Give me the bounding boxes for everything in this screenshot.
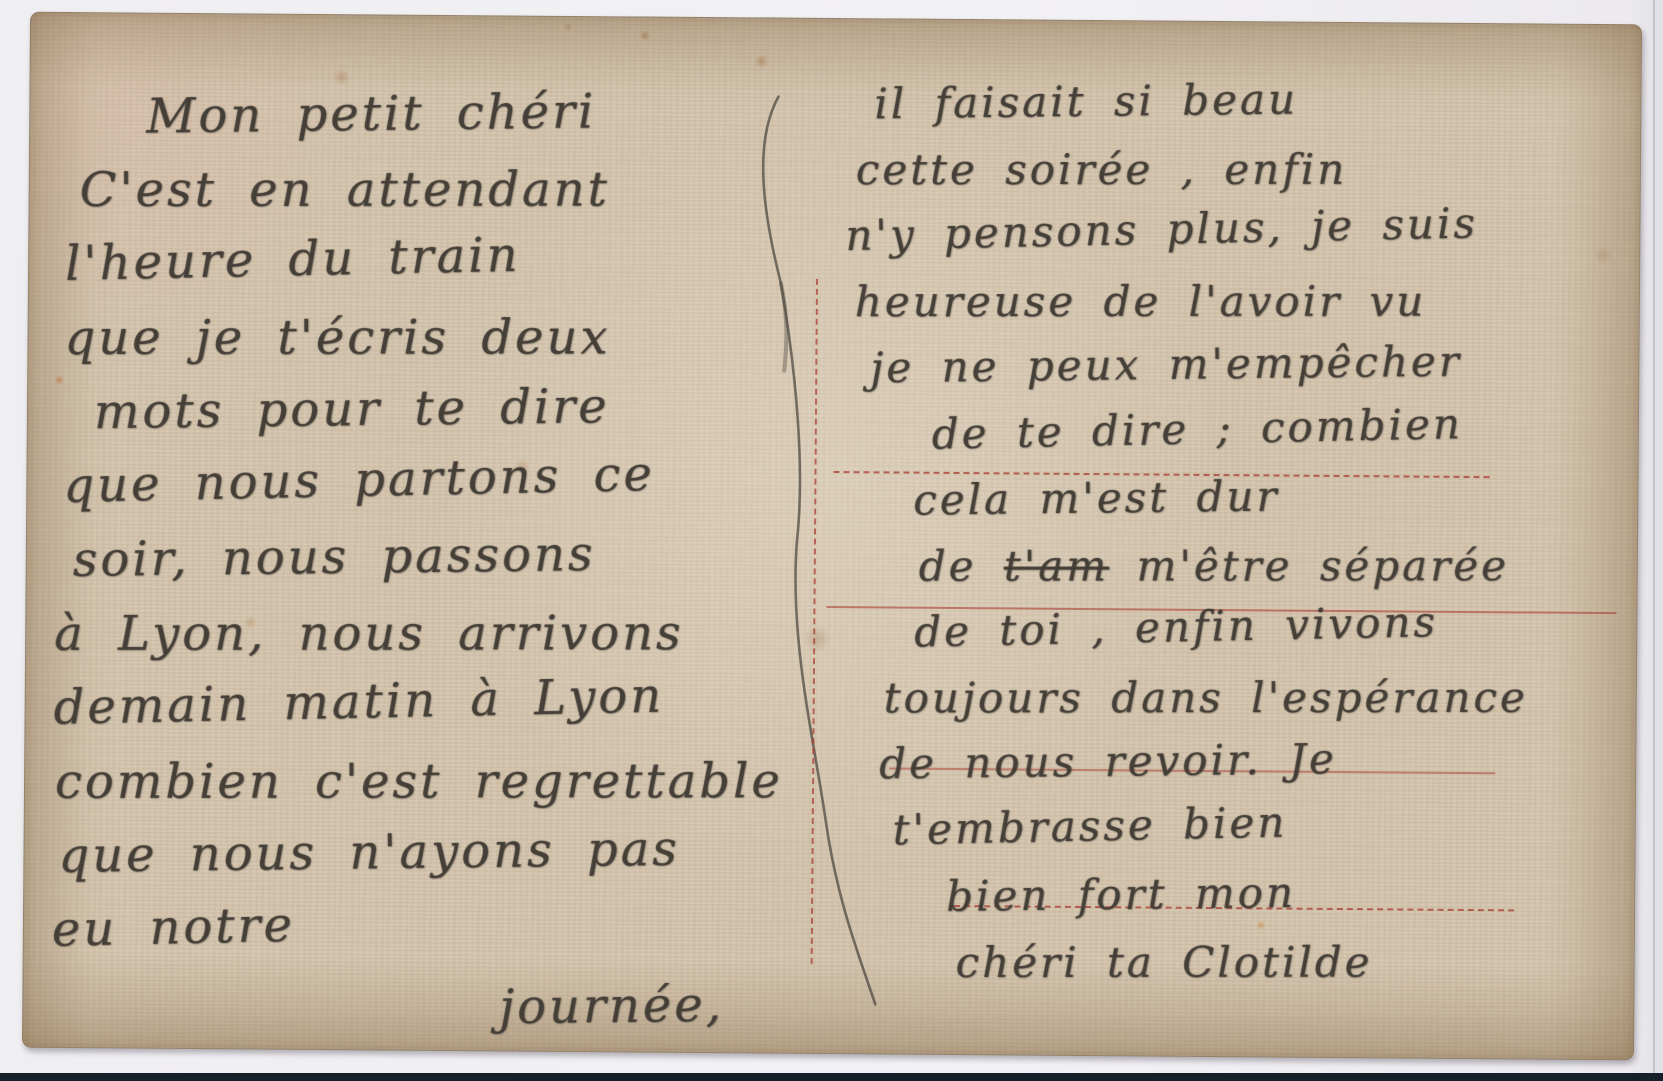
handwriting-text: combien c'est regrettable — [55, 753, 783, 810]
scanner-bottom-strip — [0, 1073, 1663, 1081]
handwriting-text: t'embrasse bien — [892, 798, 1288, 855]
handwriting-text: eu notre — [51, 897, 295, 958]
handwriting-text: m'être séparée — [1109, 541, 1509, 590]
handwritten-line: demain matin à Lyon — [53, 655, 844, 745]
scanner-background: Mon petit chériC'est en attendantl'heure… — [0, 0, 1663, 1081]
handwriting-text: bien fort mon — [946, 868, 1296, 921]
handwritten-line: eu notre — [51, 877, 842, 967]
handwriting-text: chéri ta Clotilde — [956, 938, 1373, 987]
handwritten-line: chéri ta Clotilde — [956, 929, 1624, 996]
handwriting-text: journée, — [499, 977, 724, 1036]
struck-word: t'am — [1004, 542, 1109, 591]
handwriting-text: que je t'écris deux — [65, 309, 611, 365]
handwriting-text: Mon petit chéri — [146, 83, 597, 144]
handwritten-line: bien fort mon — [946, 856, 1625, 930]
handwriting-text: de — [919, 542, 1004, 591]
scanner-edge-line — [1653, 0, 1655, 1081]
handwritten-line: journée, — [499, 967, 842, 1045]
handwriting-text: cela m'est dur — [913, 471, 1280, 524]
handwriting-text: que nous partons ce — [63, 446, 656, 514]
handwriting-text: à Lyon, nous arrivons — [54, 605, 683, 662]
handwriting-text: l'heure du train — [65, 227, 521, 292]
handwriting-text: n'y pensons plus, je suis — [845, 198, 1479, 260]
handwriting-text: il faisait si beau — [874, 75, 1298, 129]
handwritten-line: que je t'écris deux — [64, 300, 846, 375]
handwritten-line: heureuse de l'avoir vu — [855, 268, 1629, 335]
handwritten-line: t'embrasse bien — [892, 783, 1625, 864]
handwriting-text: toujours dans l'espérance — [884, 673, 1528, 723]
handwriting-text: mots pour te dire — [94, 378, 610, 440]
handwritten-line: de toi , enfin vivons — [914, 585, 1627, 665]
postcard: Mon petit chériC'est en attendantl'heure… — [22, 12, 1642, 1061]
message-right-column: il faisait si beaucette soirée , enfinn'… — [823, 71, 1630, 1001]
handwriting-text: heureuse de l'avoir vu — [855, 277, 1427, 326]
handwriting-text: C'est en attendant — [80, 162, 610, 218]
handwritten-line: soir, nous passons — [72, 514, 845, 597]
handwriting-text: je ne peux m'empêcher — [870, 337, 1462, 393]
handwriting-text: de toi , enfin vivons — [914, 597, 1439, 657]
handwritten-line: de te dire ; combien — [931, 388, 1628, 468]
handwriting-text: que nous n'ayons pas — [58, 821, 680, 884]
handwritten-line: Mon petit chéri — [146, 72, 849, 154]
handwriting-text: de nous revoir. Je — [879, 734, 1337, 788]
handwritten-line: l'heure du train — [64, 211, 847, 301]
handwriting-text: soir, nous passons — [72, 526, 595, 588]
handwriting-text: de te dire ; combien — [931, 399, 1463, 459]
handwriting-text: demain matin à Lyon — [53, 668, 665, 736]
handwritten-line: cela m'est dur — [913, 460, 1628, 534]
handwritten-line: que nous partons ce — [63, 433, 846, 523]
message-left-column: Mon petit chériC'est en attendantl'heure… — [51, 79, 849, 1047]
handwritten-line: toujours dans l'espérance — [884, 665, 1626, 732]
handwriting-text: cette soirée , enfin — [856, 145, 1347, 194]
handwritten-line: il faisait si beau — [874, 63, 1631, 138]
handwritten-line: combien c'est regrettable — [55, 744, 843, 819]
